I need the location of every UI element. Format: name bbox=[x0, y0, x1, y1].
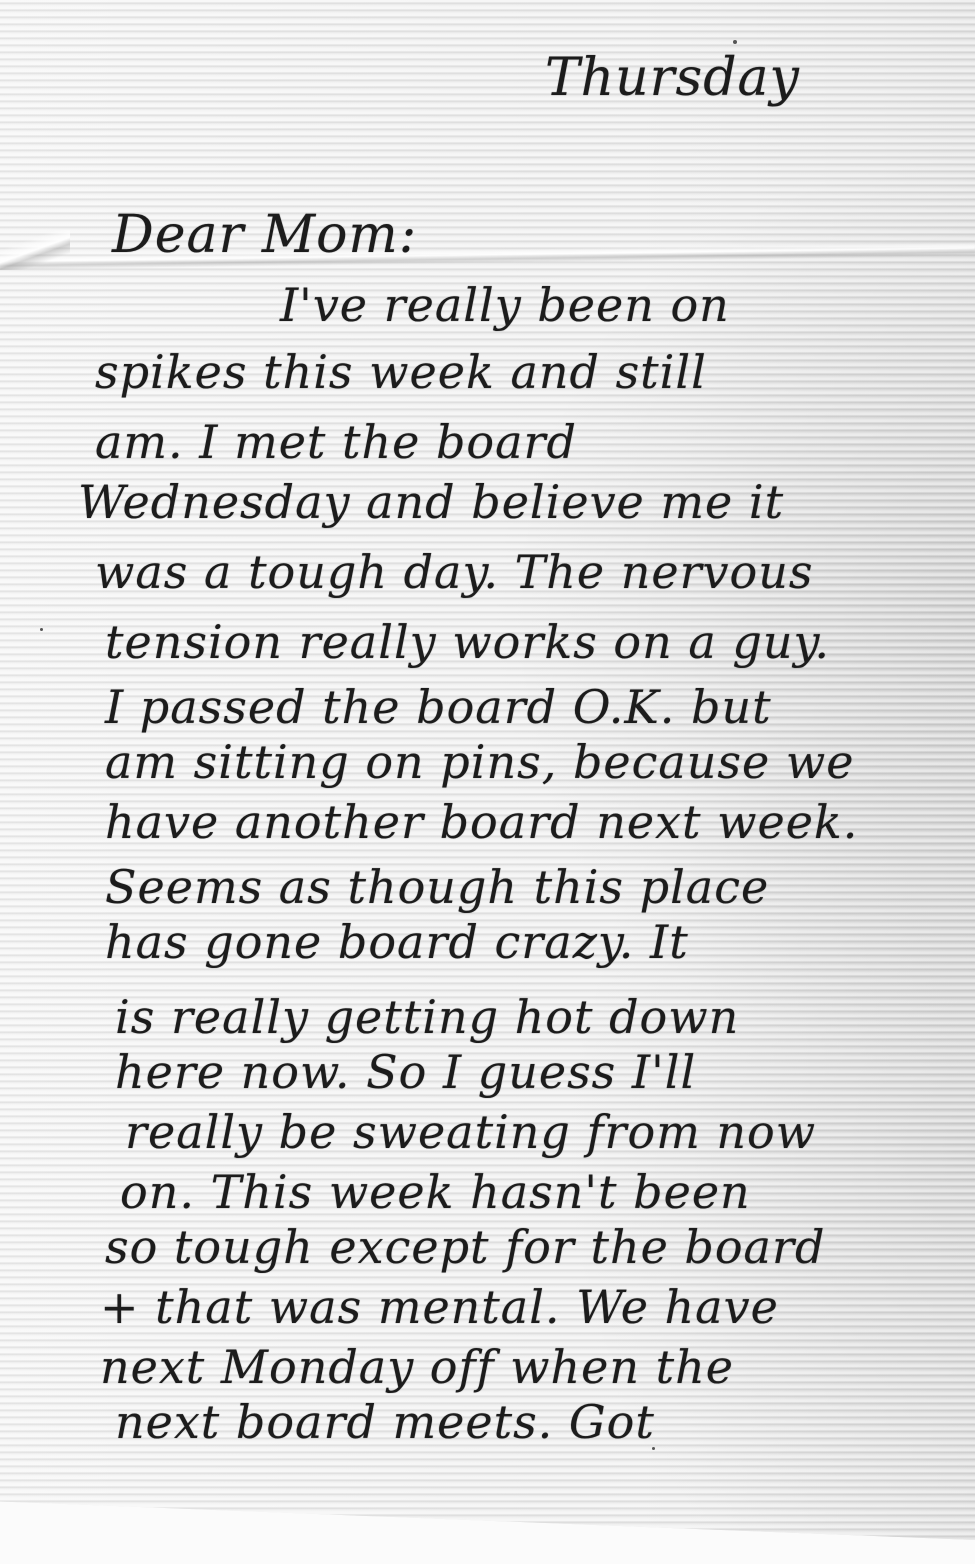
letter-date: Thursday bbox=[545, 48, 800, 108]
letter-line: so tough except for the board bbox=[105, 1220, 825, 1274]
letter-line: next board meets. Got bbox=[115, 1395, 655, 1449]
paper-speck bbox=[652, 1447, 655, 1450]
letter-line: is really getting hot down bbox=[115, 990, 739, 1044]
letter-line: was a tough day. The nervous bbox=[95, 545, 813, 599]
letter-line: Wednesday and believe me it bbox=[78, 475, 784, 529]
letter-line: next Monday off when the bbox=[100, 1340, 734, 1394]
letter-line: Seems as though this place bbox=[105, 860, 769, 914]
letter-line: am sitting on pins, because we bbox=[105, 735, 854, 789]
letter-line: spikes this week and still bbox=[95, 345, 707, 399]
letter-line: have another board next week. bbox=[105, 795, 858, 849]
letter-line: tension really works on a guy. bbox=[105, 615, 830, 669]
paper-speck bbox=[733, 40, 737, 44]
letter-line: + that was mental. We have bbox=[100, 1280, 779, 1334]
letter-line: really be sweating from now bbox=[125, 1105, 816, 1159]
letter-line: I passed the board O.K. but bbox=[105, 680, 772, 734]
letter-line: has gone board crazy. It bbox=[105, 915, 689, 969]
letter-line: on. This week hasn't been bbox=[120, 1165, 751, 1219]
letter-line: am. I met the board bbox=[95, 415, 577, 469]
paper-speck bbox=[40, 628, 43, 631]
paper-fold-corner bbox=[0, 230, 70, 270]
letter-salutation: Dear Mom: bbox=[112, 205, 417, 265]
letter-line: here now. So I guess I'll bbox=[115, 1045, 696, 1099]
letter-line: I've really been on bbox=[280, 278, 730, 332]
